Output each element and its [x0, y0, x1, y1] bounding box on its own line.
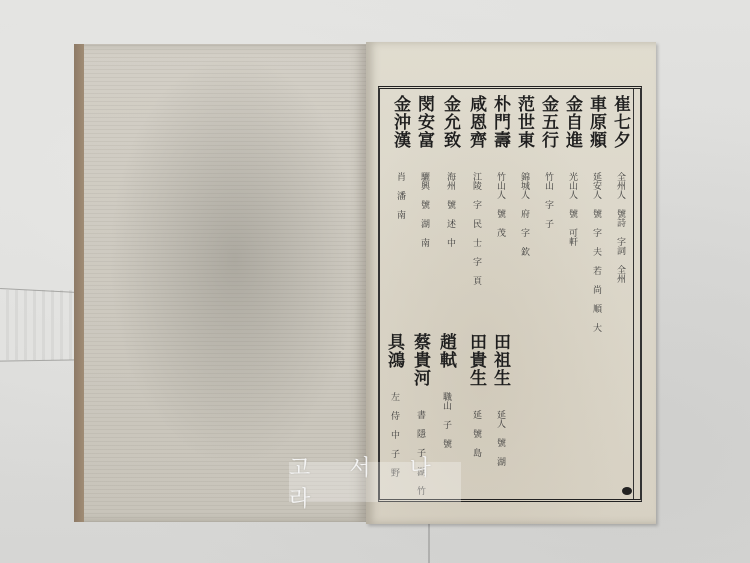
name-entry: 崔七夕 全州人 號詩 字詞 全州 — [611, 95, 630, 283]
name-entry: 趙軾 職山 子 號 — [437, 333, 456, 448]
name-entry: 田貴生 延 號 島 — [467, 333, 486, 457]
name-entry: 咸恩齊 江陵 字 民 士 字 頁 — [467, 95, 486, 285]
background-fold-texture — [0, 290, 78, 360]
watermark: 고 서 나 라 — [289, 462, 461, 502]
name-entry: 金自進 光山人 號 可軒 — [563, 95, 582, 246]
name-entry: 車原頫 延安人 號 字 夫 若 尚 順 大 — [587, 95, 606, 332]
name-entry: 金沖漢 肖 潘 南 — [391, 95, 410, 219]
surface-crease — [428, 520, 430, 563]
name-entry: 金五行 竹山 字 子 — [539, 95, 558, 228]
name-entry: 田祖生 延人 號 湖 — [491, 333, 510, 466]
name-entry: 范世東 錦城人 府 字 欽 — [515, 95, 534, 256]
book-spine-edge — [74, 44, 84, 522]
printed-frame: 崔七夕 全州人 號詩 字詞 全州 車原頫 延安人 號 字 夫 若 尚 順 大 金… — [378, 86, 642, 502]
background-crack — [0, 359, 78, 361]
frame-inner-rule — [633, 89, 634, 499]
name-entry: 朴門壽 竹山人 號 茂 — [491, 95, 510, 237]
name-entry: 金允致 海州 號 述 中 — [441, 95, 460, 247]
name-entry: 閔安富 驪興 號 湖 南 — [415, 95, 434, 247]
ink-blot — [622, 487, 632, 495]
